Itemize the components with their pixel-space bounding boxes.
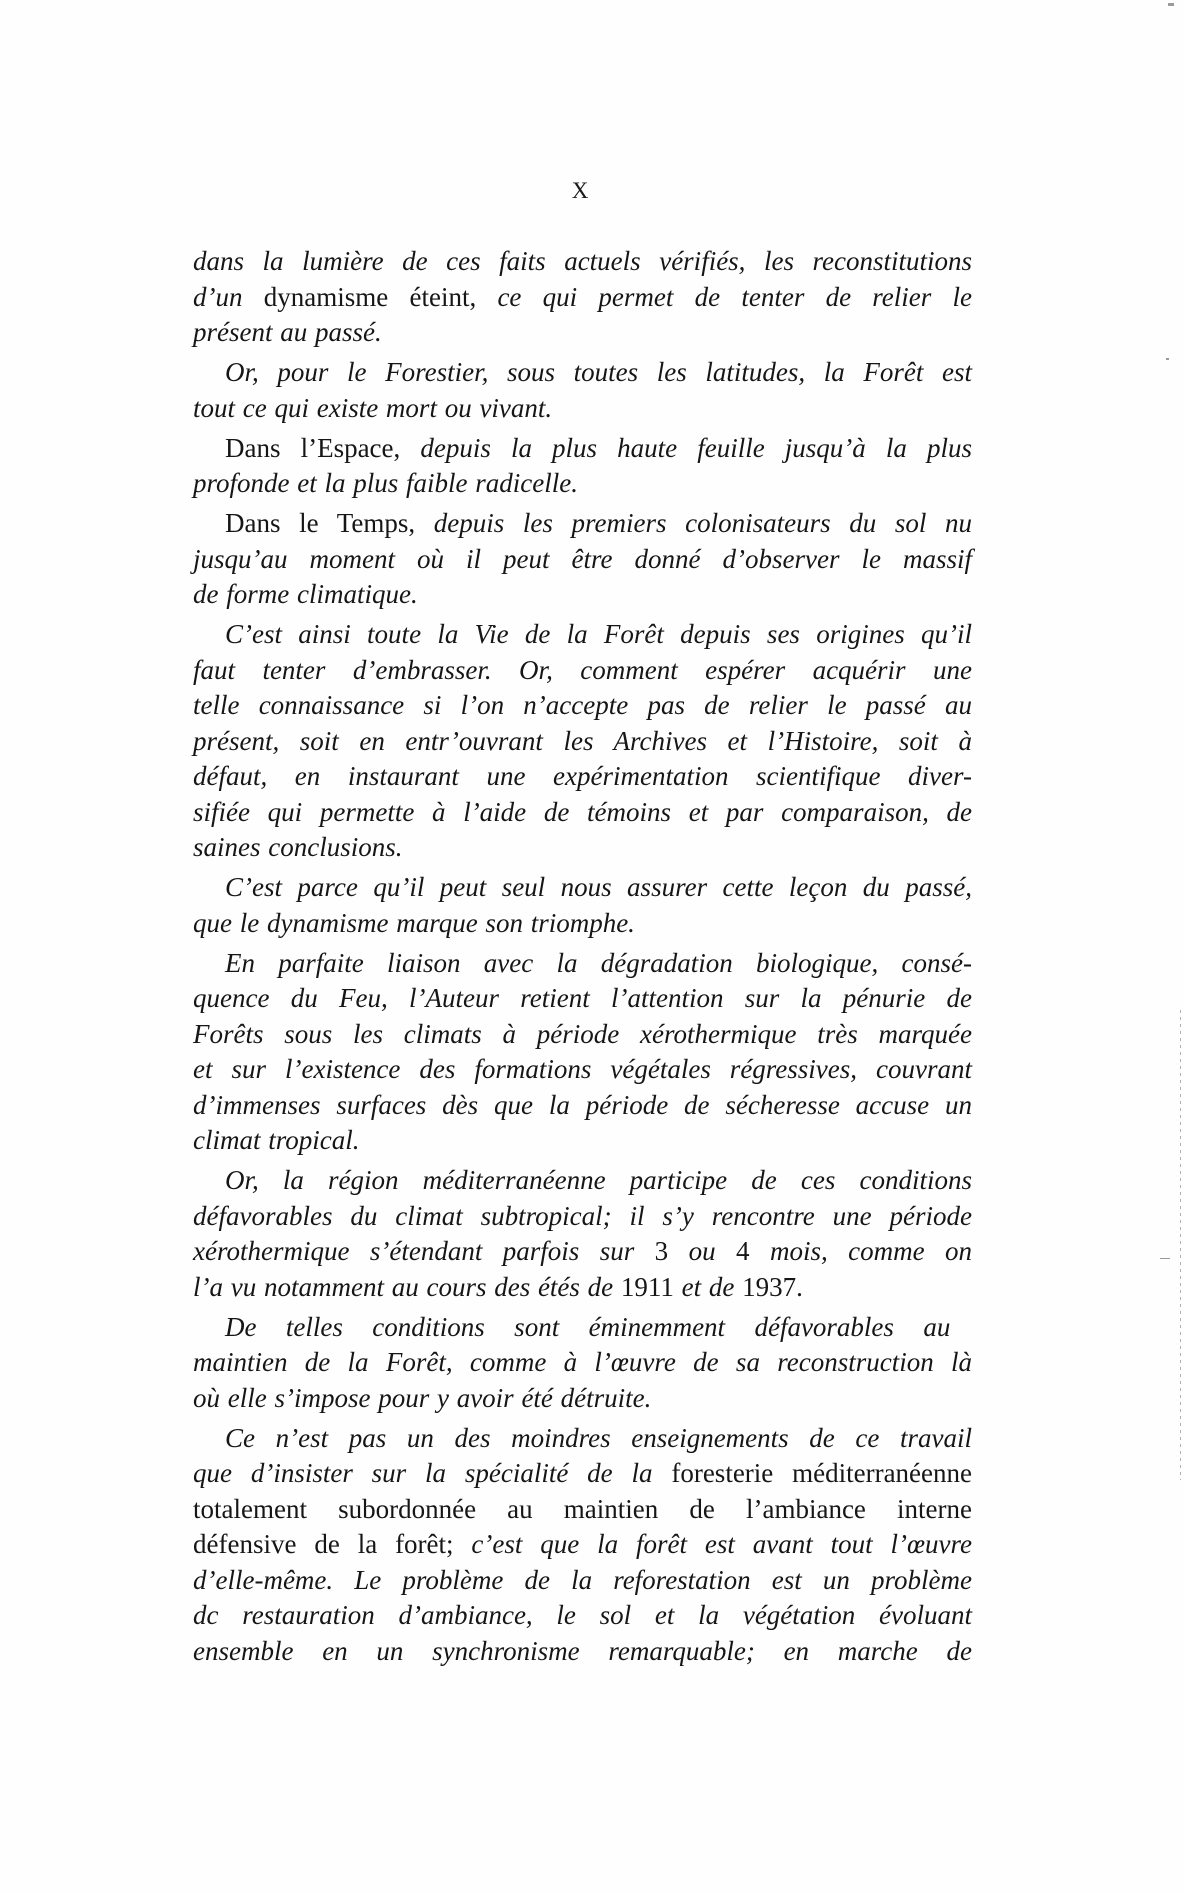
italic-text: Or, la région méditerranéenne participe … [225,1165,972,1195]
italic-text: d’un [193,282,264,312]
text-line: d’immenses surfaces dès que la période d… [193,1088,972,1124]
paragraph: Ce n’est pas un des moindres enseignemen… [193,1421,972,1670]
body-text: dans la lumière de ces faits actuels vér… [193,244,972,1669]
text-line: Or, la région méditerranéenne participe … [193,1163,972,1199]
italic-text: dc restauration d’ambiance, le sol et la… [193,1600,972,1630]
italic-text: Ce n’est pas un des moindres enseignemen… [225,1423,972,1453]
text-line: présent au passé. [193,315,972,351]
italic-text: et sur l’existence des formations végéta… [193,1054,972,1084]
italic-text: ce qui permet de tenter de relier le [497,282,972,312]
italic-text: xérothermique s’étendant parfois sur [193,1236,655,1266]
text-line: l’a vu notamment au cours des étés de 19… [193,1270,972,1306]
roman-text: foresterie méditerranéenne [671,1458,972,1488]
paragraph: C’est parce qu’il peut seul nous assurer… [193,870,972,941]
text-line: tout ce qui existe mort ou vivant. [193,391,972,427]
text-line: Dans le Temps, depuis les premiers colon… [193,506,972,542]
roman-text: totalement subordonnée au maintien de l’… [193,1494,972,1524]
text-line: ensemble en un synchronisme remarquable;… [193,1634,972,1670]
italic-text: Or, pour le Forestier, sous toutes les l… [225,357,972,387]
roman-text: Dans le Temps, [225,508,434,538]
scanned-book-page: X dans la lumière de ces faits actuels v… [0,0,1184,1894]
italic-text: c’est que la forêt est avant tout l’œuvr… [471,1529,972,1559]
italic-text: défavorables du climat subtropical; il s… [193,1201,972,1231]
italic-text: tout ce qui existe mort ou vivant. [193,393,552,423]
scan-edge-line [1180,1010,1181,1480]
text-line: dc restauration d’ambiance, le sol et la… [193,1598,972,1634]
text-line: De telles conditions sont éminemment déf… [193,1310,972,1346]
text-line: jusqu’au moment où il peut être donné d’… [193,542,972,578]
italic-text: d’immenses surfaces dès que la période d… [193,1090,972,1120]
scan-speck [1168,3,1174,6]
text-line: d’elle-même. Le problème de la reforesta… [193,1563,972,1599]
italic-text: profonde et la plus faible radicelle. [193,468,578,498]
text-line: quence du Feu, l’Auteur retient l’attent… [193,981,972,1017]
roman-text: défensive de la forêt; [193,1529,471,1559]
text-line: Forêts sous les climats à période xéroth… [193,1017,972,1053]
italic-text: présent au passé. [193,317,382,347]
text-line: d’un dynamisme éteint, ce qui permet de … [193,280,972,316]
scan-speck [1160,1258,1170,1259]
text-line: sifiée qui permette à l’aide de témoins … [193,795,972,831]
paragraph: De telles conditions sont éminemment déf… [193,1310,972,1417]
italic-text: depuis la plus haute feuille jusqu’à la … [420,433,972,463]
text-line: climat tropical. [193,1123,972,1159]
italic-text: défaut, en instaurant une expérimentatio… [193,761,972,791]
italic-text: de forme climatique. [193,579,418,609]
italic-text: depuis les premiers colonisateurs du sol… [434,508,972,538]
paragraph: Dans le Temps, depuis les premiers colon… [193,506,972,613]
text-line: de forme climatique. [193,577,972,613]
italic-text: C’est ainsi toute la Vie de la Forêt dep… [225,619,972,649]
text-line: dans la lumière de ces faits actuels vér… [193,244,972,280]
text-line: maintien de la Forêt, comme à l’œuvre de… [193,1345,972,1381]
paragraph: Or, la région méditerranéenne participe … [193,1163,972,1305]
italic-text: présent, soit en entr’ouvrant les Archiv… [193,726,972,756]
roman-text: dynamisme éteint, [264,282,498,312]
italic-text: d’elle-même. Le problème de la reforesta… [193,1565,972,1595]
text-line: saines conclusions. [193,830,972,866]
text-line: défavorables du climat subtropical; il s… [193,1199,972,1235]
text-line: faut tenter d’embrasser. Or, comment esp… [193,653,972,689]
italic-text: climat tropical. [193,1125,359,1155]
paragraph: dans la lumière de ces faits actuels vér… [193,244,972,351]
text-line: xérothermique s’étendant parfois sur 3 o… [193,1234,972,1270]
italic-text: que le dynamisme marque son triomphe. [193,908,635,938]
italic-text: Forêts sous les climats à période xéroth… [193,1019,972,1049]
text-line: défensive de la forêt; c’est que la forê… [193,1527,972,1563]
italic-text: faut tenter d’embrasser. Or, comment esp… [193,655,972,685]
italic-text: l’a vu notamment au cours des étés de [193,1272,621,1302]
paragraph: C’est ainsi toute la Vie de la Forêt dep… [193,617,972,866]
italic-text: sifiée qui permette à l’aide de témoins … [193,797,972,827]
text-line: C’est parce qu’il peut seul nous assurer… [193,870,972,906]
text-line: que d’insister sur la spécialité de la f… [193,1456,972,1492]
italic-text: où elle s’impose pour y avoir été détrui… [193,1383,651,1413]
italic-text: jusqu’au moment où il peut être donné d’… [193,544,972,574]
paragraph: Dans l’Espace, depuis la plus haute feui… [193,431,972,502]
text-line: C’est ainsi toute la Vie de la Forêt dep… [193,617,972,653]
italic-text: saines conclusions. [193,832,403,862]
text-line: totalement subordonnée au maintien de l’… [193,1492,972,1528]
italic-text: maintien de la Forêt, comme à l’œuvre de… [193,1347,972,1377]
italic-text: ou [668,1236,736,1266]
italic-text: En parfaite liaison avec la dégradation … [225,948,972,978]
paragraph: En parfaite liaison avec la dégradation … [193,946,972,1159]
text-line: telle connaissance si l’on n’accepte pas… [193,688,972,724]
paragraph: Or, pour le Forestier, sous toutes les l… [193,355,972,426]
text-line: où elle s’impose pour y avoir été détrui… [193,1381,972,1417]
roman-text: 4 [736,1236,750,1266]
page-number: X [0,178,1160,204]
roman-text: 1911 [621,1272,674,1302]
roman-text: 1937. [742,1272,803,1302]
text-line: Dans l’Espace, depuis la plus haute feui… [193,431,972,467]
text-line: profonde et la plus faible radicelle. [193,466,972,502]
text-line: Or, pour le Forestier, sous toutes les l… [193,355,972,391]
text-line: que le dynamisme marque son triomphe. [193,906,972,942]
italic-text: C’est parce qu’il peut seul nous assurer… [225,872,972,902]
italic-text: dans la lumière de ces faits actuels vér… [193,246,972,276]
italic-text: telle connaissance si l’on n’accepte pas… [193,690,972,720]
text-line: En parfaite liaison avec la dégradation … [193,946,972,982]
italic-text: et de [674,1272,742,1302]
italic-text: que d’insister sur la spécialité de la [193,1458,671,1488]
roman-text: Dans l’Espace, [225,433,420,463]
italic-text: ensemble en un synchronisme remarquable;… [193,1636,972,1666]
text-line: présent, soit en entr’ouvrant les Archiv… [193,724,972,760]
scan-speck [1166,358,1169,360]
italic-text: quence du Feu, l’Auteur retient l’attent… [193,983,972,1013]
text-line: Ce n’est pas un des moindres enseignemen… [193,1421,972,1457]
italic-text: mois, comme on [750,1236,973,1266]
text-line: et sur l’existence des formations végéta… [193,1052,972,1088]
roman-text: 3 [655,1236,669,1266]
text-line: défaut, en instaurant une expérimentatio… [193,759,972,795]
italic-text: De telles conditions sont éminemment déf… [225,1312,950,1342]
